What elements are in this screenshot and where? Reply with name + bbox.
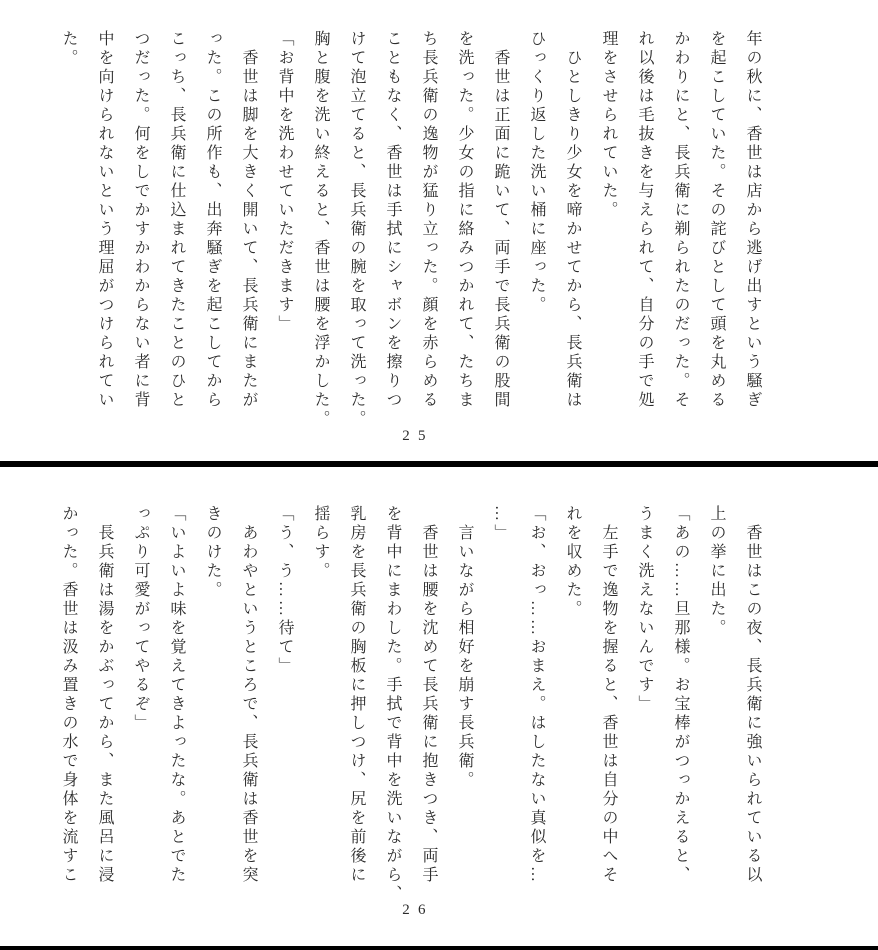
document-canvas: 年の秋に、香世は店から逃げ出すという騒ぎを起こしていた。その詫びとして頭を丸める…	[0, 0, 878, 950]
text-line: 理をさせられていた。	[590, 30, 626, 412]
text-line: 胸と腹を洗い終えると、香世は腰を浮かした。	[302, 30, 338, 412]
next-page-divider-edge	[0, 946, 878, 950]
text-line: 言いながら相好を崩す長兵衛。	[446, 505, 482, 887]
page-26-page-number: 26	[338, 902, 498, 919]
text-line: 揺らす。	[302, 505, 338, 887]
text-line: 「お背中を洗わせていただきます」	[266, 30, 302, 412]
text-line: ひっくり返した洗い桶に座った。	[518, 30, 554, 412]
page-26-text-block: 香世はこの夜、長兵衛に強いられている以上の挙に出た。「あの……旦那様。お宝棒がつ…	[50, 505, 770, 887]
text-line: けて泡立てると、長兵衛の腕を取って洗った。	[338, 30, 374, 412]
text-line: 「う、う……待て」	[266, 505, 302, 887]
text-line: を背中にまわした。手拭で背中を洗いながら、	[374, 505, 410, 887]
page-divider	[0, 461, 878, 467]
text-line: きのけた。	[194, 505, 230, 887]
text-line: 乳房を長兵衛の胸板に押しつけ、尻を前後に	[338, 505, 374, 887]
page-25-page-number: 25	[338, 428, 498, 445]
text-line: を洗った。少女の指に絡みつかれて、たちま	[446, 30, 482, 412]
text-line: 香世は正面に跪いて、両手で長兵衛の股間	[482, 30, 518, 412]
page-25-text-block: 年の秋に、香世は店から逃げ出すという騒ぎを起こしていた。その詫びとして頭を丸める…	[50, 30, 770, 412]
text-line: 年の秋に、香世は店から逃げ出すという騒ぎ	[734, 30, 770, 412]
text-line: 「いよいよ味を覚えてきよったな。あとでた	[158, 505, 194, 887]
text-line: こともなく、香世は手拭にシャボンを擦りつ	[374, 30, 410, 412]
text-line: かった。香世は汲み置きの水で身体を流すこ	[50, 505, 86, 887]
text-line: ち長兵衛の逸物が猛り立った。顔を赤らめる	[410, 30, 446, 412]
text-line: かわりにと、長兵衛に剃られたのだった。そ	[662, 30, 698, 412]
text-line: 香世は脚を大きく開いて、長兵衛にまたが	[230, 30, 266, 412]
text-line: 中を向けられないという理屈がつけられてい	[86, 30, 122, 412]
text-line: …」	[482, 505, 518, 887]
text-line: っぷり可愛がってやるぞ」	[122, 505, 158, 887]
text-line: こっち、長兵衛に仕込まれてきたことのひと	[158, 30, 194, 412]
text-line: れ以後は毛抜きを与えられて、自分の手で処	[626, 30, 662, 412]
text-line: 左手で逸物を握ると、香世は自分の中へそ	[590, 505, 626, 887]
text-line: った。この所作も、出奔騒ぎを起こしてから	[194, 30, 230, 412]
text-line: た。	[50, 30, 86, 412]
text-line: 「あの……旦那様。お宝棒がつっかえると、	[662, 505, 698, 887]
text-line: 長兵衛は湯をかぶってから、また風呂に浸	[86, 505, 122, 887]
text-line: を起こしていた。その詫びとして頭を丸める	[698, 30, 734, 412]
text-line: ひとしきり少女を啼かせてから、長兵衛は	[554, 30, 590, 412]
text-line: あわやというところで、長兵衛は香世を突	[230, 505, 266, 887]
text-line: 香世はこの夜、長兵衛に強いられている以	[734, 505, 770, 887]
text-line: うまく洗えないんです」	[626, 505, 662, 887]
text-line: れを収めた。	[554, 505, 590, 887]
text-line: つだった。何をしでかすかわからない者に背	[122, 30, 158, 412]
text-line: 上の挙に出た。	[698, 505, 734, 887]
text-line: 「お、おっ……おまえ。はしたない真似を…	[518, 505, 554, 887]
text-line: 香世は腰を沈めて長兵衛に抱きつき、両手	[410, 505, 446, 887]
